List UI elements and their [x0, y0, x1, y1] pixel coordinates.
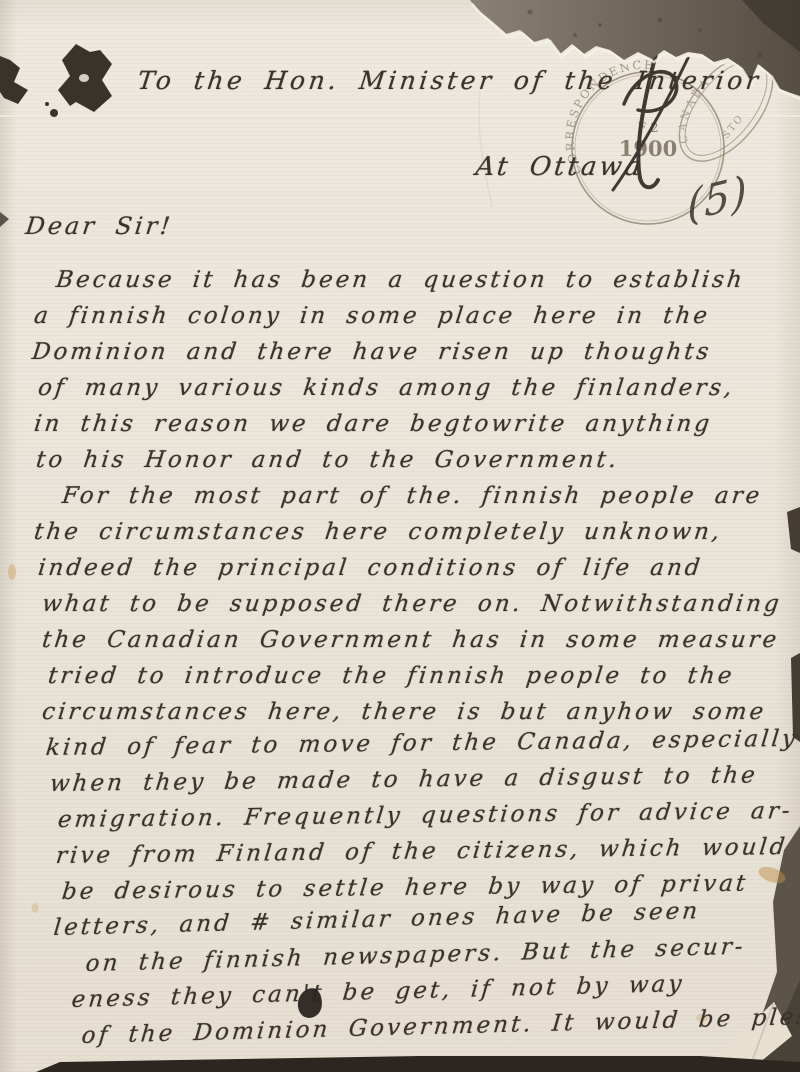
fold-creases [0, 92, 800, 206]
letter-scan-page: CORRESPONDENCE F 2 1900 CANADA STO [0, 0, 800, 1072]
handwritten-line: the Canadian Government has in some meas… [40, 622, 792, 658]
handwritten-line: For the most part of the. finnish people… [60, 478, 792, 514]
handwritten-line: to his Honor and to the Government. [34, 442, 792, 478]
salutation: Dear Sir! [24, 212, 175, 240]
handwritten-line: tried to introduce the finnish people to… [46, 658, 792, 694]
handwritten-line: Dominion and there have risen up thought… [30, 334, 792, 370]
handwritten-line: a finnish colony in some place here in t… [32, 298, 792, 334]
address-line: To the Hon. Minister of the Interior [136, 66, 763, 95]
bottom-edge-strip [36, 1056, 800, 1072]
handwritten-line: in this reason we dare begtowrite anythi… [32, 406, 792, 442]
handwritten-line: of many various kinds among the finlande… [36, 370, 792, 406]
handwritten-line: indeed the principal conditions of life … [36, 550, 792, 586]
handwritten-line: the circumstances here completely unknow… [32, 514, 792, 550]
letter-body: Because it has been a question to establ… [28, 262, 788, 1054]
ink-blots [0, 44, 112, 227]
handwritten-line: Because it has been a question to establ… [54, 262, 792, 298]
handwritten-line: what to be supposed there on. Notwithsta… [40, 586, 792, 622]
place-line: At Ottawa [474, 152, 645, 182]
